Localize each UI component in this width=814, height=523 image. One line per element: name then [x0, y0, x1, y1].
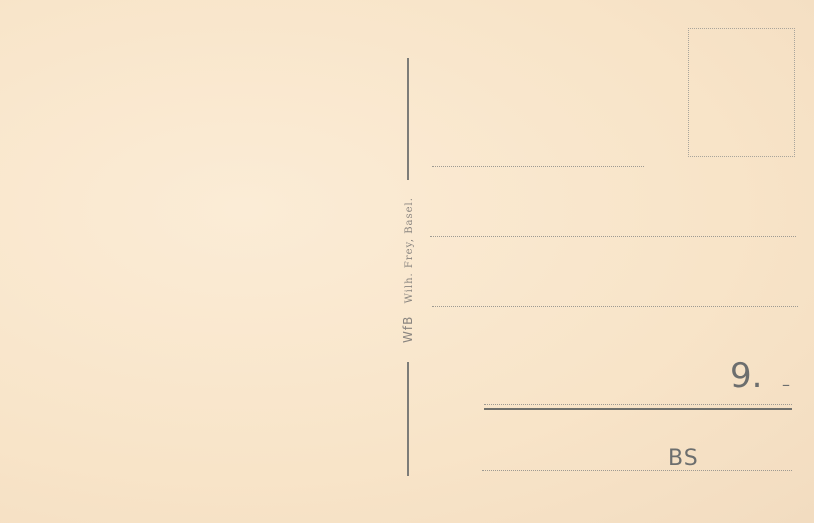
publisher-name: Wilh. Frey, Basel. [404, 197, 415, 303]
address-underline-solid [484, 408, 792, 410]
handwritten-initials: BS [668, 446, 699, 471]
address-line-2 [430, 236, 796, 237]
publisher-monogram: WfB [401, 316, 415, 343]
handwritten-dash: – [782, 375, 790, 394]
stamp-box [688, 28, 795, 157]
address-line-4 [484, 404, 792, 405]
address-line-5 [482, 470, 792, 471]
divider-line-bottom [407, 362, 409, 476]
address-line-1 [432, 166, 644, 167]
address-line-3 [432, 306, 798, 307]
handwritten-number: 9. [730, 356, 762, 396]
publisher-imprint: WfB Wilh. Frey, Basel. [401, 197, 415, 343]
postcard-back: WfB Wilh. Frey, Basel. 9. – BS [0, 0, 814, 523]
divider-line-top [407, 58, 409, 180]
